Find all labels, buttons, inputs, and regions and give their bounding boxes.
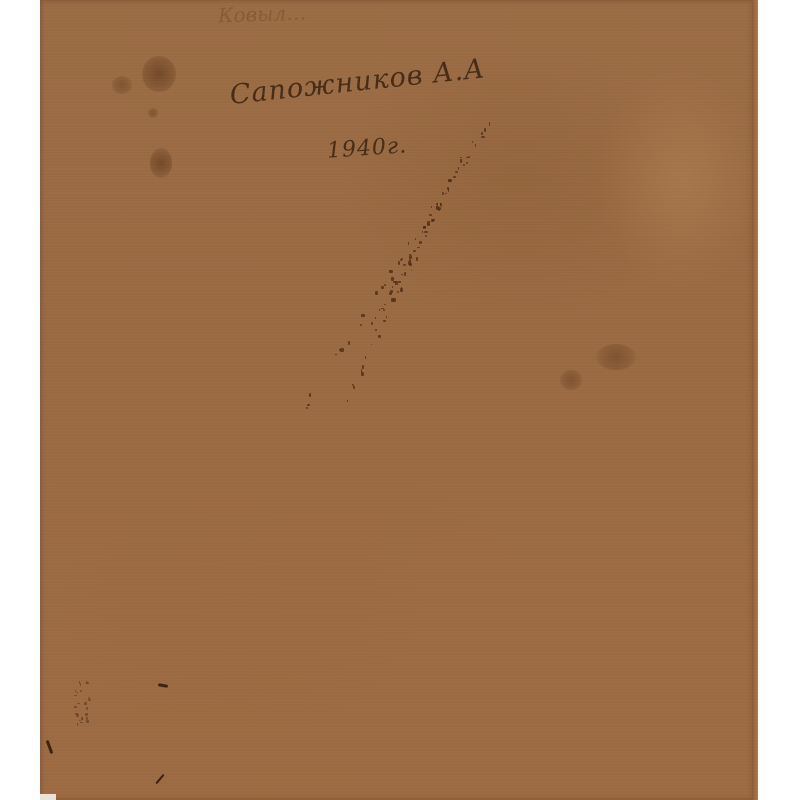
stain-spot	[560, 370, 582, 390]
speckle	[375, 317, 376, 318]
speckle	[466, 157, 468, 159]
speckle	[76, 715, 79, 717]
speckle	[360, 324, 362, 326]
speckle	[353, 386, 355, 389]
speckle	[393, 298, 396, 301]
speckle	[340, 348, 343, 352]
speckle	[447, 187, 449, 190]
speckle	[417, 247, 420, 248]
speckle	[80, 722, 82, 723]
speckle	[86, 707, 87, 710]
cardboard-panel: Ковыл… Сапожников А.А 1940г.	[40, 0, 758, 800]
faint-top-inscription: Ковыл…	[218, 0, 307, 27]
speckle	[383, 320, 385, 321]
speckle	[466, 162, 468, 164]
speckle	[404, 272, 406, 275]
speckle	[386, 316, 387, 318]
speckle	[409, 255, 412, 259]
speckle	[455, 171, 457, 173]
speckle	[391, 277, 393, 281]
speckle	[484, 128, 486, 132]
speckle	[365, 356, 366, 358]
scratch-mark	[158, 683, 168, 688]
speckle	[475, 144, 477, 147]
speckle	[77, 703, 80, 704]
speckle	[413, 250, 416, 252]
speckle	[458, 167, 459, 171]
speckle	[86, 681, 87, 684]
speckle	[400, 259, 402, 261]
speckle	[460, 159, 462, 163]
speckle	[463, 164, 465, 166]
scratch-mark	[155, 774, 164, 784]
speckle	[375, 291, 378, 295]
speckle	[401, 274, 402, 276]
speckle	[384, 284, 386, 285]
speckle	[383, 309, 385, 311]
speckle	[398, 281, 401, 282]
speckle	[419, 241, 422, 244]
speckle	[453, 176, 456, 179]
speckle	[436, 206, 439, 210]
speckle	[74, 695, 76, 696]
speckle	[82, 718, 84, 720]
speckle	[441, 206, 443, 207]
speckle	[425, 235, 427, 237]
speckle	[362, 365, 364, 368]
speckle	[448, 180, 450, 182]
speckle	[400, 288, 403, 292]
speckle	[429, 214, 432, 216]
speckle	[408, 242, 409, 245]
speckle	[415, 238, 416, 240]
speckle	[424, 226, 426, 229]
speckle	[371, 322, 373, 325]
stain-spot	[596, 344, 636, 370]
speckle	[306, 407, 308, 410]
speckle	[390, 270, 392, 273]
speckle	[432, 219, 435, 220]
speckle	[445, 193, 446, 194]
speckle	[428, 224, 430, 226]
speckle	[85, 713, 88, 716]
speckle	[398, 261, 399, 264]
speckle	[403, 264, 406, 266]
stain-spot	[150, 148, 172, 178]
speckle	[361, 369, 362, 372]
photo-canvas: Ковыл… Сапожников А.А 1940г.	[0, 0, 800, 800]
speckle	[409, 259, 411, 262]
speckle	[348, 341, 350, 344]
speckle	[389, 292, 392, 295]
speckle	[481, 132, 483, 135]
speckle	[397, 291, 398, 292]
speckle	[371, 344, 372, 346]
speckle	[481, 136, 484, 138]
speckle	[411, 270, 412, 271]
speckle	[381, 286, 384, 288]
speckle	[378, 335, 381, 338]
speckle	[442, 192, 445, 194]
scratch-mark	[46, 740, 54, 754]
year-inscription: 1940г.	[326, 133, 408, 164]
speckle	[392, 286, 393, 288]
speckle	[86, 720, 89, 723]
speckle	[79, 720, 81, 722]
speckle	[309, 393, 311, 397]
speckle	[424, 231, 427, 232]
speckle	[75, 713, 77, 714]
author-inscription: Сапожников А.А	[228, 53, 486, 111]
speckle	[88, 699, 91, 701]
speckle	[80, 683, 81, 686]
speckle	[84, 702, 87, 705]
speckle	[375, 329, 376, 331]
stain-spot	[112, 76, 132, 94]
stain-spot	[142, 56, 176, 92]
speckle	[76, 692, 78, 693]
speckle	[77, 723, 78, 726]
speckle	[74, 706, 77, 708]
speckle	[431, 206, 433, 208]
speckle	[307, 404, 310, 406]
speckle	[408, 261, 411, 265]
speckle	[384, 304, 386, 306]
speckle	[422, 231, 424, 234]
paper-corner	[40, 794, 56, 800]
speckle	[361, 314, 364, 317]
speckle	[489, 122, 490, 126]
speckle	[379, 309, 380, 311]
speckle	[416, 257, 418, 261]
panel-edge	[752, 0, 758, 800]
speckle	[335, 354, 337, 355]
stain-spot	[148, 108, 158, 118]
speckle	[80, 690, 81, 692]
speckle	[393, 281, 396, 282]
speckle	[347, 400, 349, 402]
speckle	[472, 141, 473, 143]
